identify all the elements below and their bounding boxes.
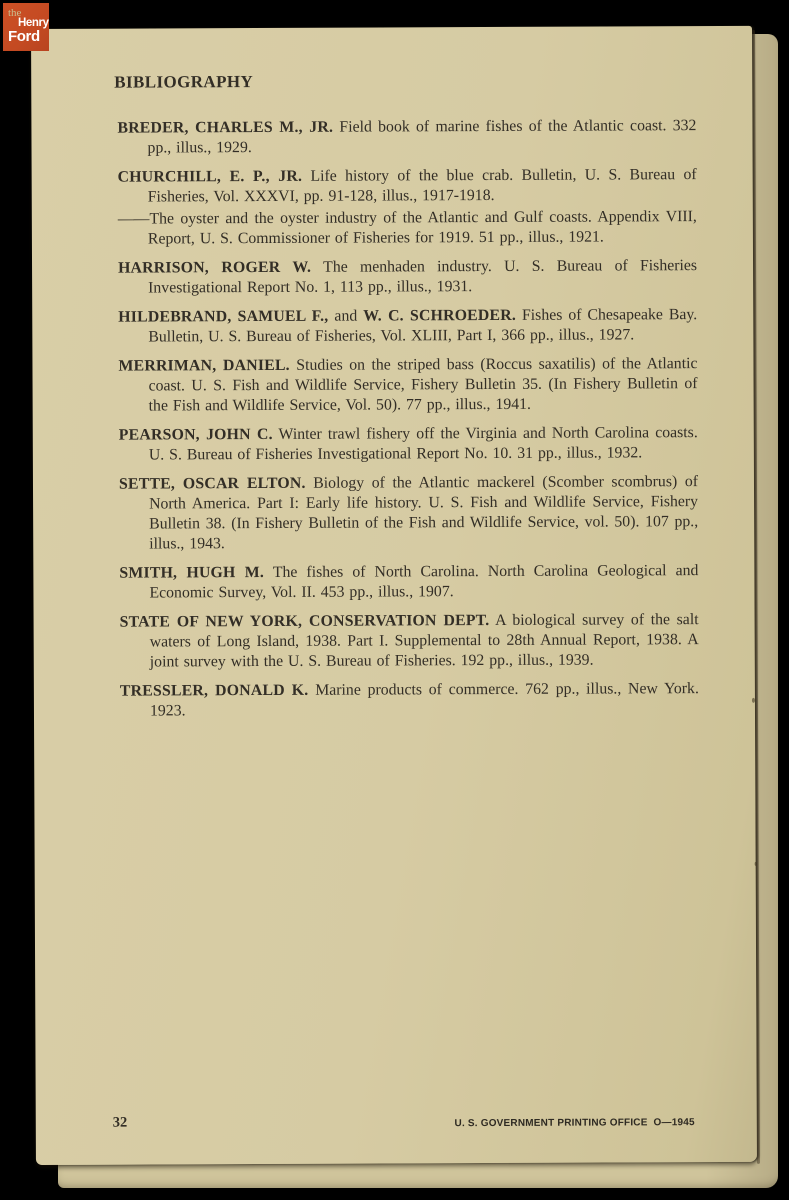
bibliography-entry: MERRIMAN, DANIEL. Studies on the striped…: [118, 354, 697, 417]
bibliography-entry: SETTE, OSCAR ELTON. Biology of the Atlan…: [119, 472, 698, 555]
page-number: 32: [113, 1115, 128, 1132]
logo-word-ford: Ford: [8, 28, 40, 45]
bibliography-entry: CHURCHILL, E. P., JR. Life history of th…: [118, 165, 697, 208]
page-title: BIBLIOGRAPHY: [114, 70, 696, 93]
bibliography-entry: HILDEBRAND, SAMUEL F., and W. C. SCHROED…: [118, 305, 697, 348]
bibliography-entry: TRESSLER, DONALD K. Marine products of c…: [120, 679, 699, 722]
page-content: BIBLIOGRAPHY BREDER, CHARLES M., JR. Fie…: [117, 70, 699, 731]
scanned-book-page: BIBLIOGRAPHY BREDER, CHARLES M., JR. Fie…: [31, 26, 757, 1165]
scan-speck: [752, 698, 755, 703]
henry-ford-logo: the Henry Ford: [3, 3, 49, 51]
bibliography-entry: STATE OF NEW YORK, CONSERVATION DEPT. A …: [120, 610, 699, 673]
bibliography-entry: PEARSON, JOHN C. Winter trawl fishery of…: [119, 423, 698, 466]
bibliography-entries: BREDER, CHARLES M., JR. Field book of ma…: [117, 116, 699, 722]
bibliography-entry: BREDER, CHARLES M., JR. Field book of ma…: [117, 116, 696, 159]
bibliography-entry: SMITH, HUGH M. The fishes of North Carol…: [119, 561, 698, 604]
bibliography-entry: HARRISON, ROGER W. The menhaden industry…: [118, 256, 697, 299]
bibliography-entry: ——The oyster and the oyster industry of …: [118, 207, 697, 250]
printer-imprint: U. S. GOVERNMENT PRINTING OFFICE O—1945: [454, 1117, 694, 1129]
scan-speck: [755, 862, 757, 866]
